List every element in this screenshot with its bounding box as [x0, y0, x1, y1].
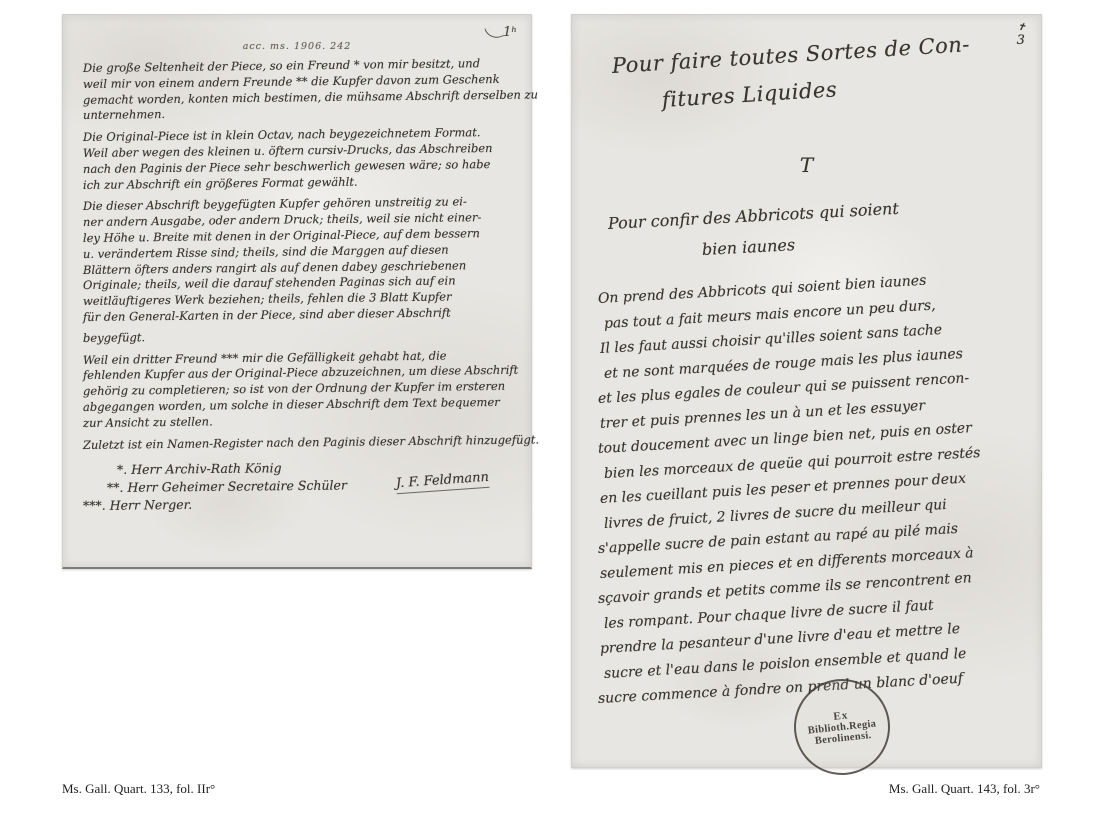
- handwritten-line: ***. Herr Nerger.: [83, 493, 517, 516]
- german-paragraph: Die dieser Abschrift beygefügten Kupfer …: [83, 199, 517, 346]
- german-paragraph: Die Original-Piece ist in klein Octav, n…: [83, 130, 517, 193]
- accession-note: acc. ms. 1906. 242: [63, 41, 531, 52]
- folio-number-mark: ✝ 3: [1017, 21, 1025, 47]
- folio-number: 3: [1017, 34, 1025, 47]
- folio-corner-mark: 1ʰ: [485, 23, 517, 40]
- recipe-body-text: On prend des Abbricots qui soient bien i…: [598, 287, 1029, 712]
- left-manuscript-page: acc. ms. 1906. 242 1ʰ Die große Seltenhe…: [62, 14, 532, 569]
- german-text-block: Die große Seltenheit der Piece, so ein F…: [83, 61, 517, 515]
- footnote-block: *. Herr Archiv-Rath König**. Herr Geheim…: [83, 461, 517, 515]
- german-paragraph: Weil ein dritter Freund *** mir die Gefä…: [83, 353, 517, 432]
- right-manuscript-page: ✝ 3 Pour faire toutes Sortes de Con-fitu…: [571, 14, 1042, 768]
- handwritten-line: Zuletzt ist ein Namen-Register nach den …: [83, 432, 517, 453]
- facsimile-canvas: acc. ms. 1906. 242 1ʰ Die große Seltenhe…: [0, 0, 1100, 818]
- caption-left-manuscript: Ms. Gall. Quart. 133, fol. IIr°: [62, 781, 215, 797]
- handwritten-line: unternehmen.: [83, 103, 517, 124]
- recipe-title: Pour faire toutes Sortes de Con-fitures …: [612, 49, 971, 117]
- handwritten-line: bien iaunes: [701, 227, 899, 263]
- section-mark: T: [572, 153, 1041, 177]
- caption-right-manuscript: Ms. Gall. Quart. 143, fol. 3r°: [889, 781, 1040, 797]
- recipe-heading: Pour confir des Abbricots qui soientbien…: [608, 211, 899, 263]
- handwritten-line: beygefügt.: [83, 325, 517, 346]
- german-paragraph: Die große Seltenheit der Piece, so ein F…: [83, 61, 517, 124]
- german-paragraph: Zuletzt ist ein Namen-Register nach den …: [83, 438, 517, 454]
